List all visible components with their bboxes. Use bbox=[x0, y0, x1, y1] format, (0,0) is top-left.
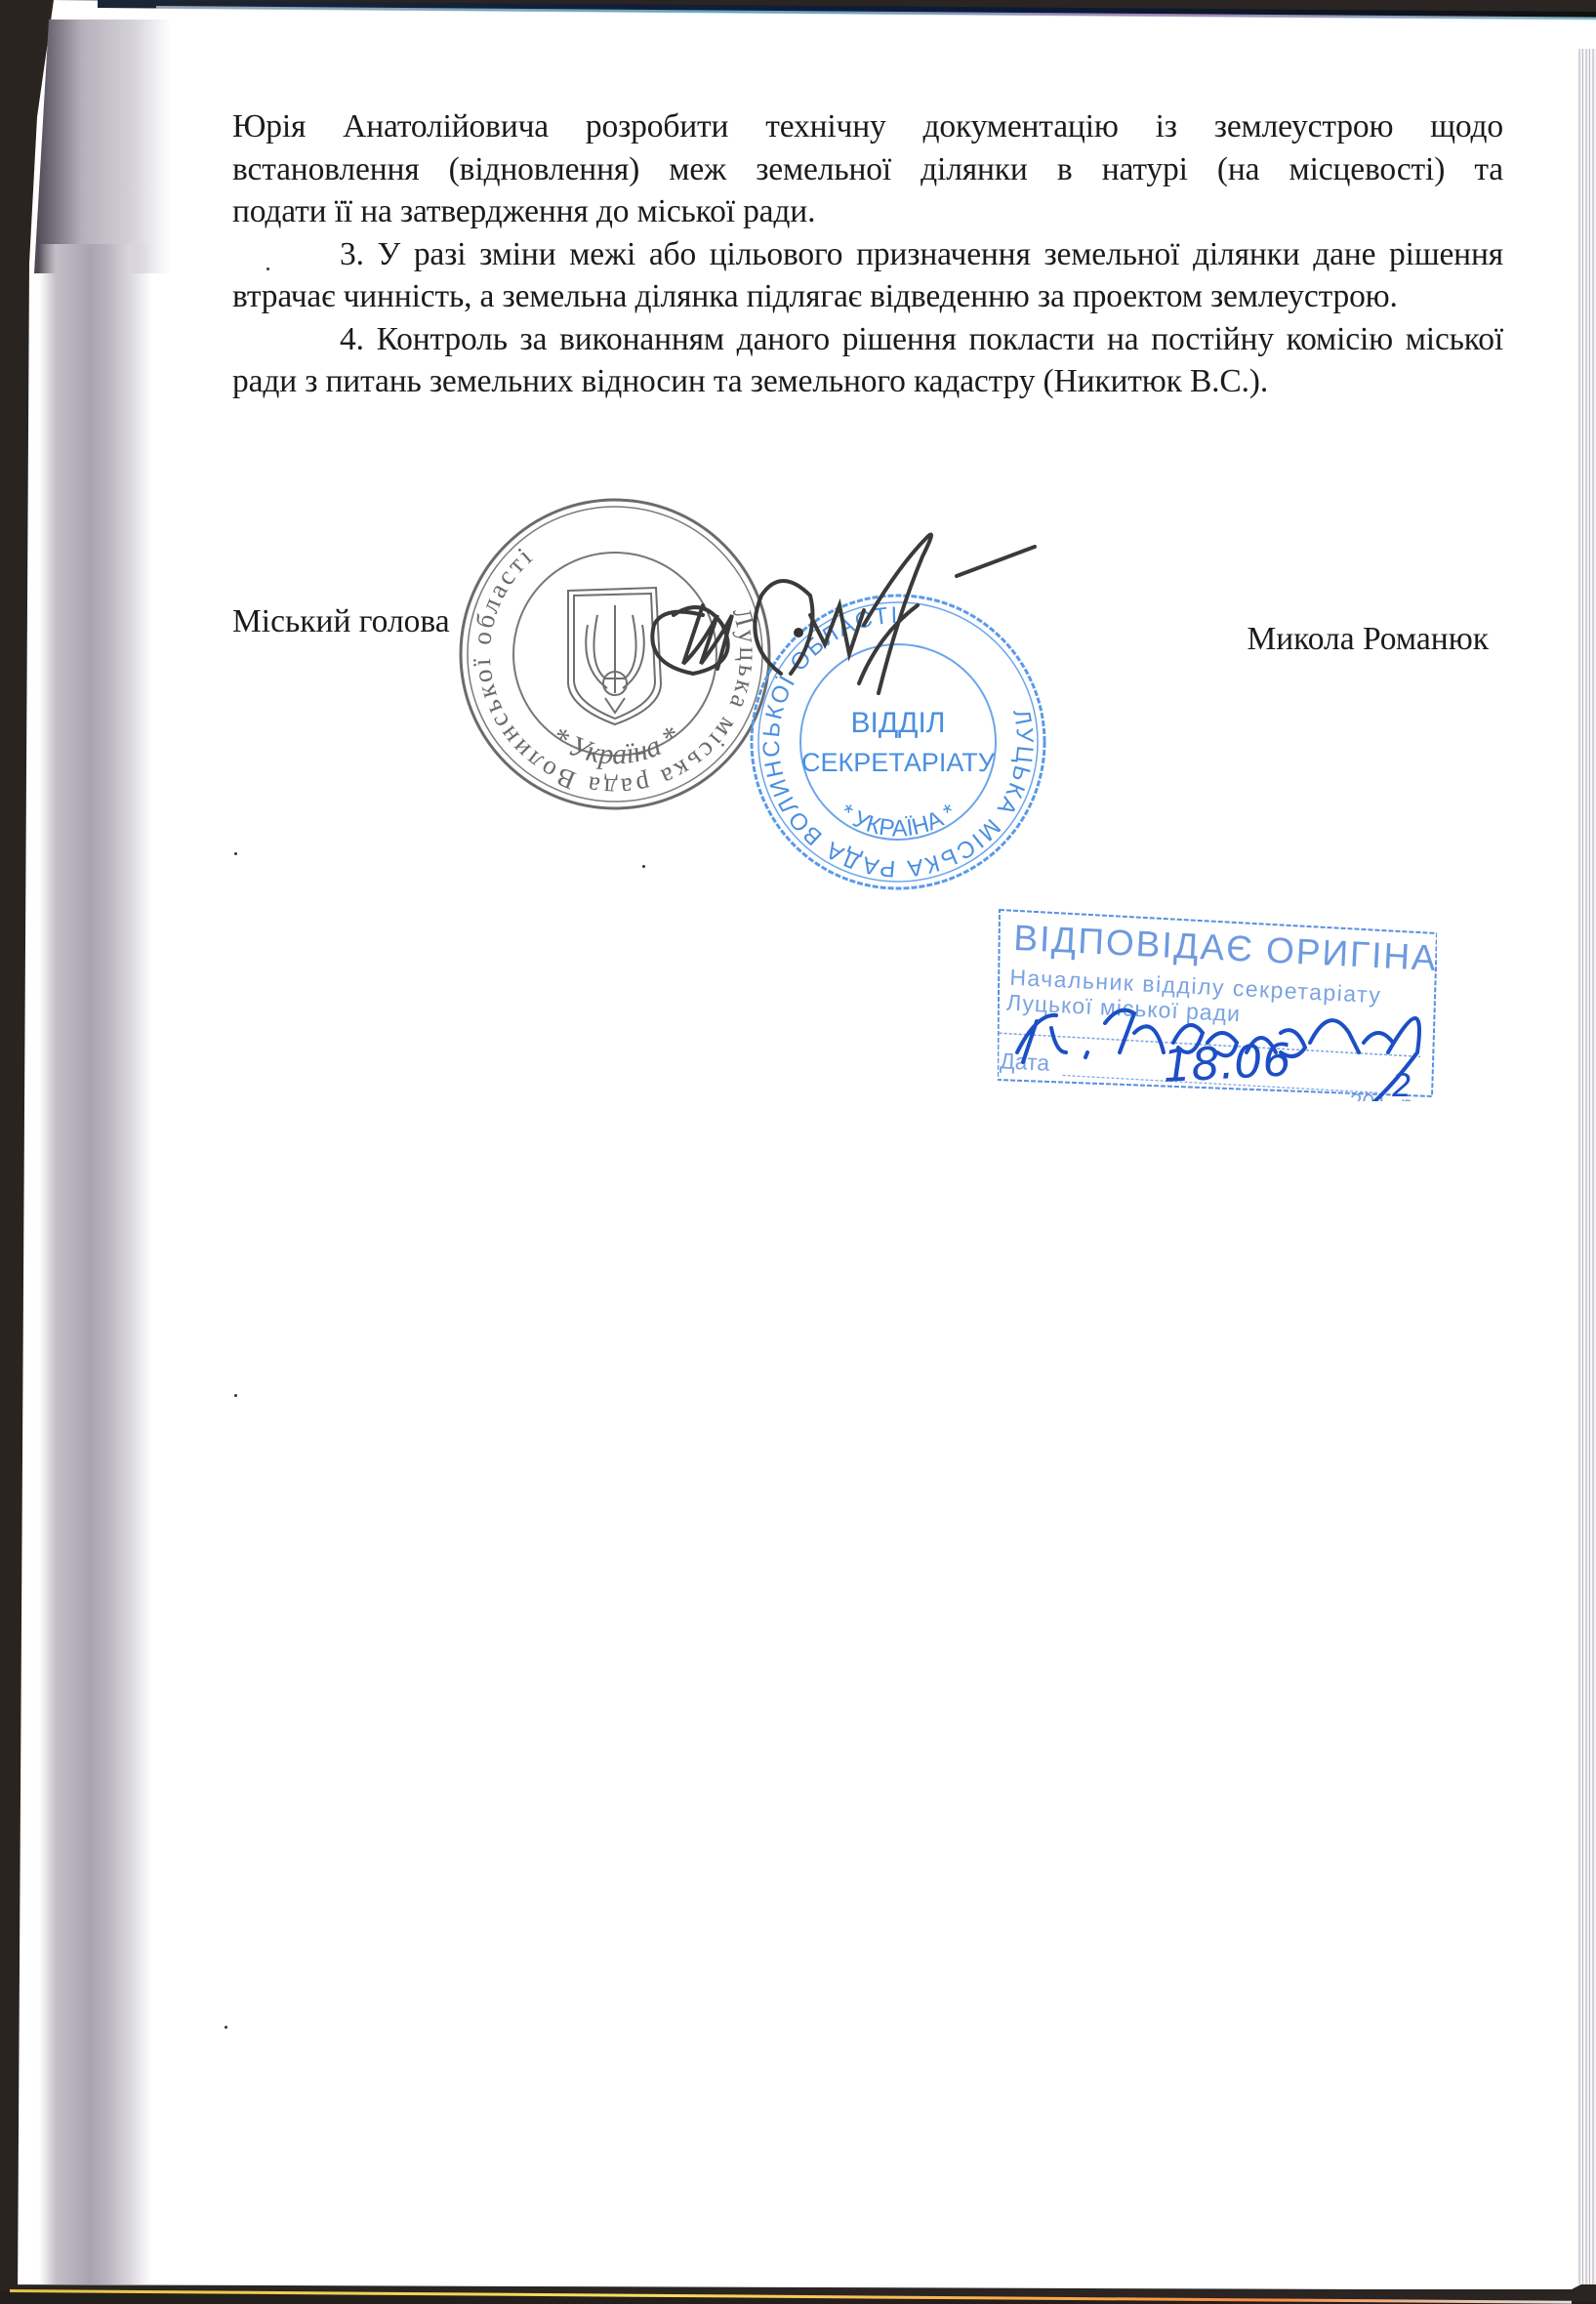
svg-text:* УКРАЇНА *: * УКРАЇНА * bbox=[835, 799, 962, 842]
text-line: встановлення (відновлення) меж земельної… bbox=[232, 148, 1503, 191]
scan-speck bbox=[642, 865, 645, 868]
handwritten-year-digit: 2 bbox=[1392, 1067, 1412, 1101]
paragraph-2-continuation: Юрія Анатолійовича розробити технічну до… bbox=[232, 105, 1503, 233]
text-line: подати її на затвердження до міської рад… bbox=[232, 190, 1503, 233]
scan-speck bbox=[234, 1394, 237, 1397]
handwritten-date: 18.06 bbox=[1162, 1033, 1292, 1092]
paragraph-4: 4. Контроль за виконанням даного рішення… bbox=[232, 318, 1503, 403]
scan-speck bbox=[234, 852, 237, 855]
seal-bottom-text: * УКРАЇНА * bbox=[835, 799, 962, 842]
paragraph-3: 3. У разі зміни межі або цільового призн… bbox=[232, 233, 1503, 318]
page-fold-shadow bbox=[39, 244, 151, 2284]
scan-speck bbox=[266, 267, 269, 270]
text-line: Юрія Анатолійовича розробити технічну до… bbox=[232, 105, 1503, 148]
scan-speck bbox=[225, 2026, 227, 2029]
document-body: Юрія Анатолійовича розробити технічну до… bbox=[232, 105, 1503, 403]
signatory-name: Микола Романюк bbox=[1247, 621, 1489, 658]
certified-copy-stamp: ВІДПОВІДАЄ ОРИГІНАЛУ Начальник відділу с… bbox=[998, 906, 1437, 1101]
page-fold-shadow-top bbox=[34, 20, 171, 273]
seal-center-line-2: СЕКРЕТАРІАТУ bbox=[801, 748, 996, 777]
signatory-title: Міський голова bbox=[232, 603, 450, 640]
page-edge-right bbox=[1578, 49, 1596, 2284]
handwritten-signature bbox=[586, 517, 1162, 713]
